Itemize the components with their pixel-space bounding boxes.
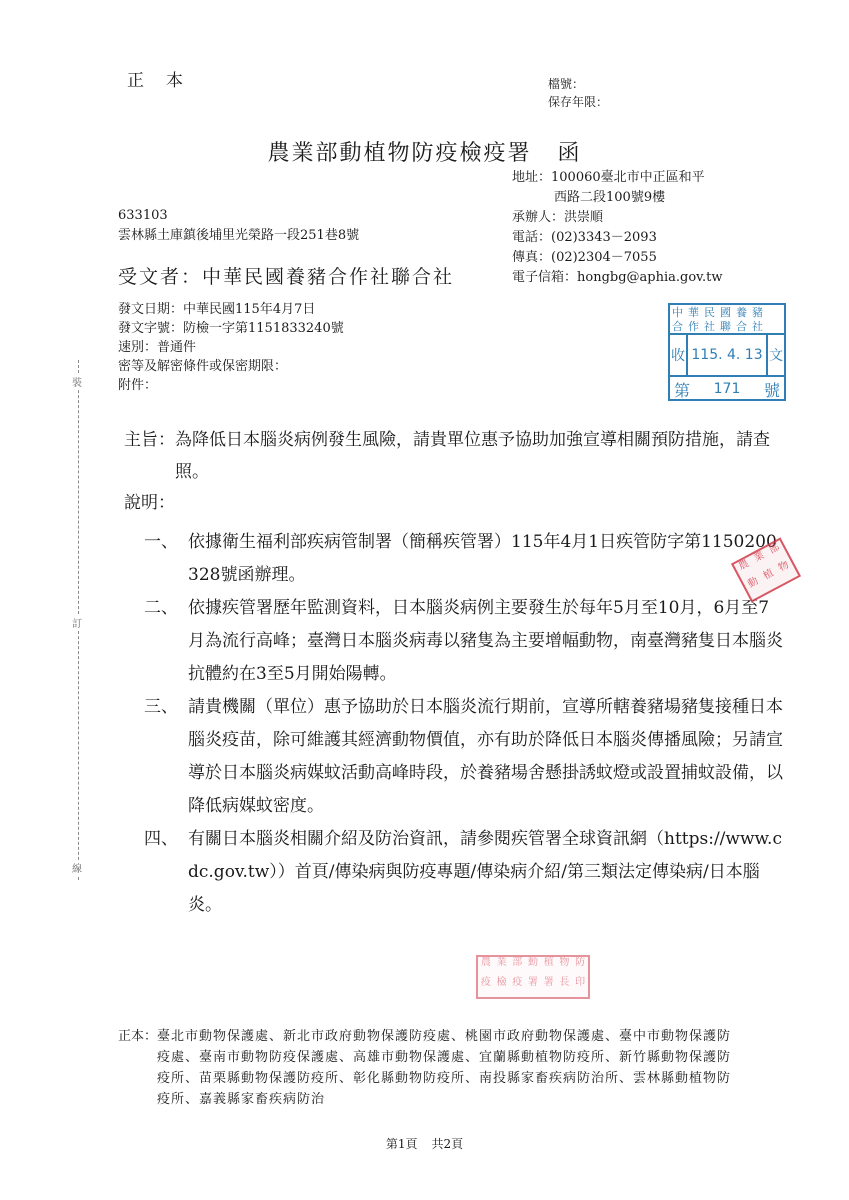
- stamp-org-name: 中 華 民 國 養 豬 合 作 社 聯 合 社: [670, 305, 784, 335]
- list-item: 二、 依據疾管署歷年監測資料，日本腦炎病例主要發生於每年5月至10月，6月至7月…: [144, 592, 784, 691]
- stamp-left-char: 收: [670, 335, 688, 375]
- explanation-label: 說明：: [124, 488, 175, 513]
- sender-info: 地址：100060臺北市中正區和平 西路二段100號9樓 承辦人：洪崇順 電話：…: [512, 168, 722, 288]
- stamp-char: 合: [736, 320, 752, 334]
- recipient-address: 633103 雲林縣土庫鎮後埔里光榮路一段251巷8號: [118, 206, 359, 246]
- seal-char: 物: [557, 957, 573, 977]
- agency-name: 農業部動植物防疫檢疫署: [267, 141, 531, 166]
- seal-char: 署: [541, 977, 557, 997]
- issue-date: 發文日期：中華民國115年4月7日: [118, 300, 344, 319]
- attachment: 附件：: [118, 376, 344, 395]
- document-meta: 發文日期：中華民國115年4月7日 發文字號：防檢一字第1151833240號 …: [118, 300, 344, 395]
- stamp-char: 社: [704, 320, 720, 334]
- stamp-char: 中: [672, 306, 688, 320]
- binding-char: 裝: [72, 374, 82, 389]
- seal-char: 疫: [509, 977, 525, 997]
- recipient: 受文者：中華民國養豬合作社聯合社: [118, 262, 454, 289]
- seal-char: 植: [541, 957, 557, 977]
- list-item: 一、 依據衛生福利部疾病管制署（簡稱疾管署）115年4月1日疾管防字第11502…: [144, 526, 784, 592]
- item-number: 一、: [144, 526, 188, 592]
- sender-fax: 傳真：(02)2304－7055: [512, 248, 722, 268]
- seal-char: 動: [525, 957, 541, 977]
- stamp-char: 豬: [752, 306, 768, 320]
- stamp-char: 國: [720, 306, 736, 320]
- sender-phone: 電話：(02)3343－2093: [512, 228, 722, 248]
- seal-char: 檢: [494, 977, 510, 997]
- seal-char: 疫: [478, 977, 494, 997]
- item-text: 依據疾管署歷年監測資料，日本腦炎病例主要發生於每年5月至10月，6月至7月為流行…: [188, 592, 784, 691]
- carbon-copy-section: 正本： 臺北市動物保護處、新北市政府動物保護防疫處、桃園市政府動物保護處、臺中市…: [118, 1026, 738, 1110]
- page-number: 第1頁: [386, 1137, 418, 1151]
- seal-char: 部: [509, 957, 525, 977]
- binding-line: 裝 訂 線: [74, 360, 84, 880]
- stamp-char: 作: [688, 320, 704, 334]
- binding-char: 訂: [72, 615, 82, 630]
- page-total: 共2頁: [432, 1137, 464, 1151]
- stamp-suffix: 號: [764, 378, 780, 401]
- document-title: 農業部動植物防疫檢疫署函: [0, 136, 849, 167]
- stamp-char: 民: [704, 306, 720, 320]
- postal-code: 633103: [118, 206, 359, 226]
- stamp-right-char: 文: [766, 335, 784, 375]
- confidentiality: 密等及解密條件或保密期限：: [118, 357, 344, 376]
- doc-number: 發文字號：防檢一字第1151833240號: [118, 319, 344, 338]
- seal-char: 印: [572, 977, 588, 997]
- item-text: 依據衛生福利部疾病管制署（簡稱疾管署）115年4月1日疾管防字第11502003…: [188, 526, 784, 592]
- cc-label: 正本：: [118, 1026, 157, 1110]
- list-item: 三、 請貴機關（單位）惠予協助於日本腦炎流行期前，宣導所轄養豬場豬隻接種日本腦炎…: [144, 691, 784, 823]
- speed-class: 速別：普通件: [118, 338, 344, 357]
- binding-char: 線: [72, 860, 82, 875]
- stamp-char: 華: [688, 306, 704, 320]
- sender-contact: 承辦人：洪崇順: [512, 208, 722, 228]
- retention-label: 保存年限：: [548, 93, 608, 111]
- seal-char: 業: [494, 957, 510, 977]
- subject-text: 為降低日本腦炎病例發生風險，請貴單位惠予協助加強宣導相關預防措施，請查照。: [175, 424, 784, 488]
- explanation-list: 一、 依據衛生福利部疾病管制署（簡稱疾管署）115年4月1日疾管防字第11502…: [144, 526, 784, 922]
- item-number: 三、: [144, 691, 188, 823]
- item-text: 請貴機關（單位）惠予協助於日本腦炎流行期前，宣導所轄養豬場豬隻接種日本腦炎疫苗，…: [188, 691, 784, 823]
- list-item: 四、 有關日本腦炎相關介紹及防治資訊，請參閱疾管署全球資訊網（https://w…: [144, 823, 784, 922]
- sender-address-line2: 西路二段100號9樓: [512, 188, 722, 208]
- seal-char: 防: [572, 957, 588, 977]
- file-meta: 檔號： 保存年限：: [548, 75, 608, 111]
- item-text: 有關日本腦炎相關介紹及防治資訊，請參閱疾管署全球資訊網（https://www.…: [188, 823, 784, 922]
- sender-address-line1: 地址：100060臺北市中正區和平: [512, 168, 722, 188]
- subject-section: 主旨： 為降低日本腦炎病例發生風險，請貴單位惠予協助加強宣導相關預防措施，請查照…: [124, 424, 784, 488]
- director-seal-icon: 農 業 部 動 植 物 防 疫 檢 疫 署 署 長 印: [476, 955, 590, 999]
- copy-type-label: 正本: [127, 66, 205, 91]
- stamp-char: 聯: [720, 320, 736, 334]
- stamp-prefix: 第: [674, 378, 690, 401]
- cc-recipients: 臺北市動物保護處、新北市政府動物保護防疫處、桃園市政府動物保護處、臺中市動物保護…: [157, 1026, 738, 1110]
- recipient-street-address: 雲林縣土庫鎮後埔里光榮路一段251巷8號: [118, 226, 359, 246]
- seal-char: 農: [478, 957, 494, 977]
- seal-char: 長: [557, 977, 573, 997]
- stamp-received-date: 115. 4. 13: [688, 347, 766, 363]
- file-number-label: 檔號：: [548, 75, 608, 93]
- stamp-number: 171: [714, 381, 741, 397]
- stamp-char: 養: [736, 306, 752, 320]
- item-number: 四、: [144, 823, 188, 922]
- stamp-char: 合: [672, 320, 688, 334]
- sender-email: 電子信箱：hongbg@aphia.gov.tw: [512, 268, 722, 288]
- document-type: 函: [558, 141, 582, 166]
- page-footer: 第1頁共2頁: [0, 1135, 849, 1152]
- stamp-char: 社: [752, 320, 768, 334]
- seal-char: 署: [525, 977, 541, 997]
- received-stamp: 中 華 民 國 養 豬 合 作 社 聯 合 社 收 115. 4. 13 文 第…: [668, 303, 786, 401]
- item-number: 二、: [144, 592, 188, 691]
- subject-label: 主旨：: [124, 424, 175, 488]
